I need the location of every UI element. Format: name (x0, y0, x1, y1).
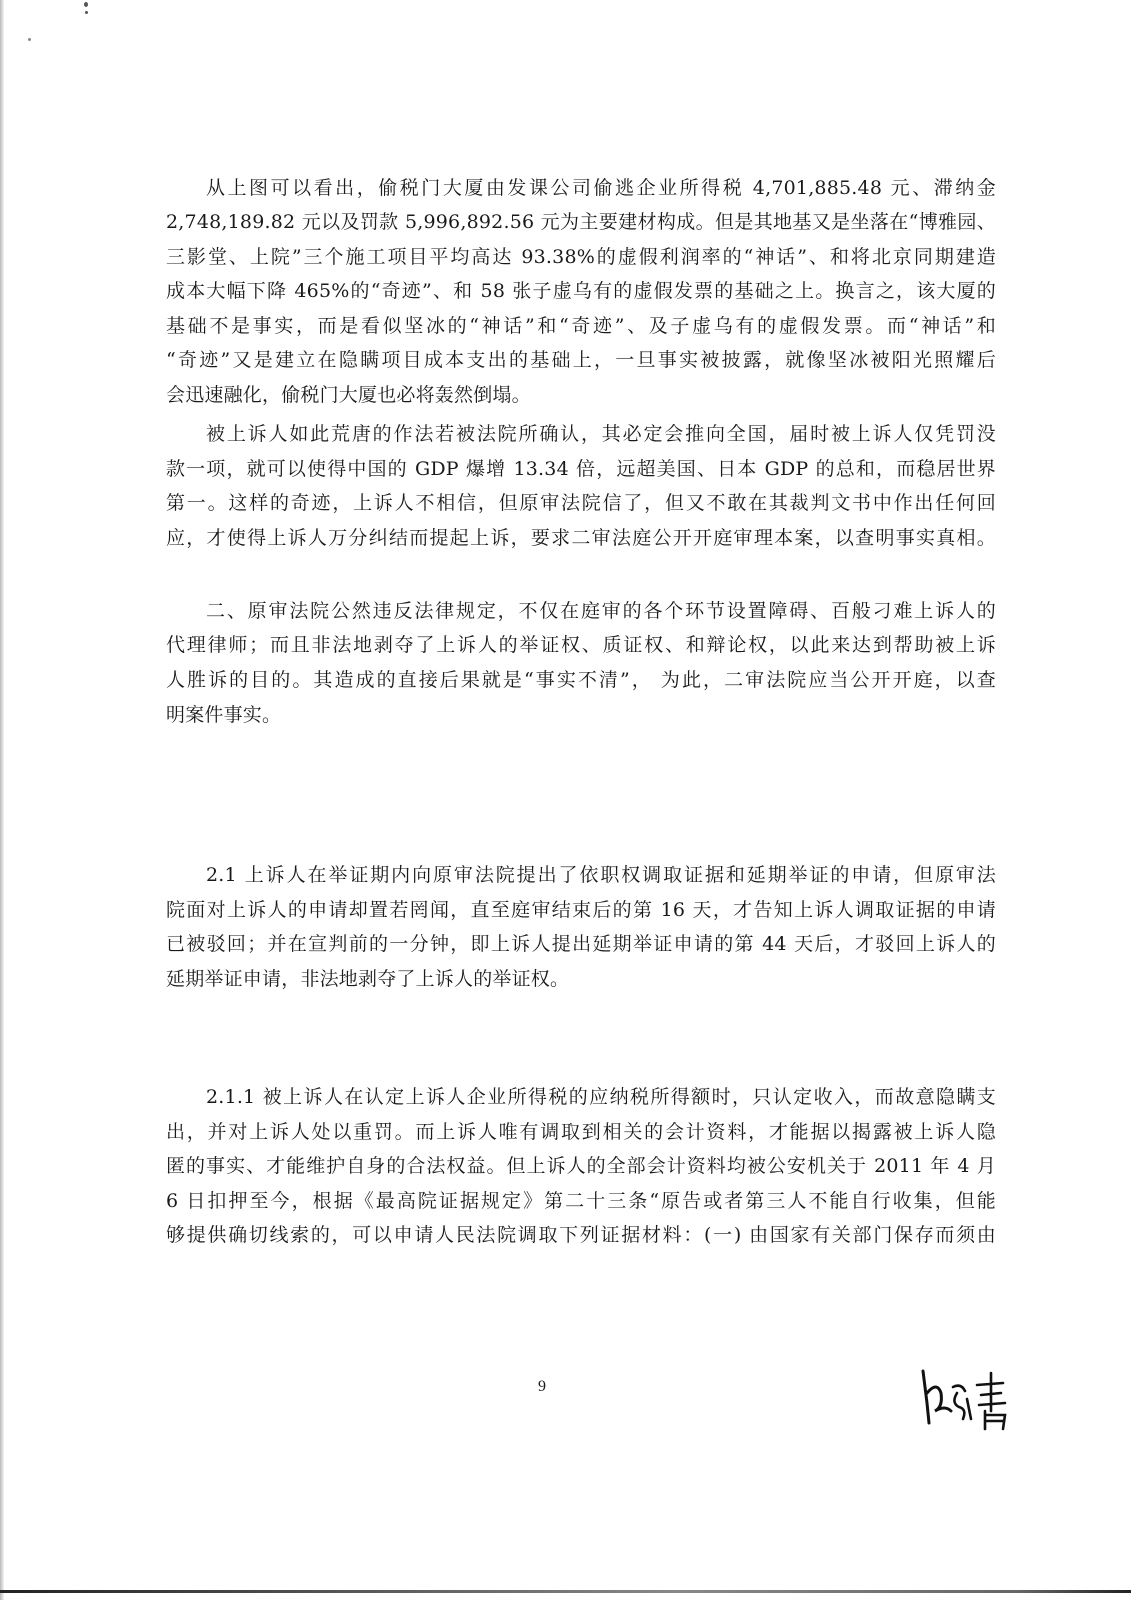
text-line: 款一项，就可以使得中国的 GDP 爆增 13.34 倍，远超美国、日本 GDP … (166, 456, 996, 482)
text-line: 院面对上诉人的申请却置若罔闻，直至庭审结束后的第 16 天，才告知上诉人调取证据… (166, 897, 996, 923)
text-line: 延期举证申请，非法地剥夺了上诉人的举证权。 (166, 966, 996, 992)
text-line: 匿的事实、才能维护自身的合法权益。但上诉人的全部会计资料均被公安机关于 2011… (166, 1153, 996, 1179)
text-line: 6 日扣押至今，根据《最高院证据规定》第二十三条“原告或者第三人不能自行收集，但… (166, 1188, 996, 1214)
text-line: 会迅速融化，偷税门大厦也必将轰然倒塌。 (166, 382, 996, 408)
text-line: 2.1.1 被上诉人在认定上诉人企业所得税的应纳税所得额时，只认定收入，而故意隐… (206, 1084, 996, 1110)
text-line: 被上诉人如此荒唐的作法若被法院所确认，其必定会推向全国，届时被上诉人仅凭罚没 (206, 421, 996, 447)
text-line: 基础不是事实，而是看似坚冰的“神话”和“奇迹”、及子虚乌有的虚假发票。而“神话”… (166, 313, 996, 339)
text-line: 三影堂、上院”三个施工项目平均高达 93.38%的虚假利润率的“神话”、和将北京… (166, 244, 996, 270)
text-line: 已被驳回；并在宣判前的一分钟，即上诉人提出延期举证申请的第 44 天后，才驳回上… (166, 931, 996, 957)
text-line: 成本大幅下降 465%的“奇迹”、和 58 张子虚乌有的虚假发票的基础之上。换言… (166, 278, 996, 304)
text-line: 应，才使得上诉人万分纠结而提起上诉，要求二审法庭公开开庭审理本案，以查明事实真相… (166, 525, 996, 551)
text-line: 从上图可以看出，偷税门大厦由发课公司偷逃企业所得税 4,701,885.48 元… (206, 175, 996, 201)
text-line: 明案件事实。 (166, 702, 996, 728)
text-line: 够提供确切线索的，可以申请人民法院调取下列证据材料：(一) 由国家有关部门保存而… (166, 1222, 996, 1248)
text-line: 2.1 上诉人在举证期内向原审法院提出了依职权调取证据和延期举证的申请，但原审法 (206, 862, 996, 888)
text-line: 代理律师；而且非法地剥夺了上诉人的举证权、质证权、和辩论权，以此来达到帮助被上诉 (166, 632, 996, 658)
text-line: “奇迹”又是建立在隐瞒项目成本支出的基础上，一旦事实被披露，就像坚冰被阳光照耀后 (166, 347, 996, 373)
text-line: 出，并对上诉人处以重罚。而上诉人唯有调取到相关的会计资料，才能据以揭露被上诉人隐 (166, 1119, 996, 1145)
text-line: 二、原审法院公然违反法律规定，不仅在庭审的各个环节设置障碍、百般刁难上诉人的 (206, 598, 996, 624)
text-line: 第一。这样的奇迹，上诉人不相信，但原审法院信了，但又不敢在其裁判文书中作出任何回 (166, 490, 996, 516)
document-page: 从上图可以看出，偷税门大厦由发课公司偷逃企业所得税 4,701,885.48 元… (0, 0, 1131, 1600)
page-number: 9 (538, 1378, 546, 1396)
text-line: 2,748,189.82 元以及罚款 5,996,892.56 元为主要建材构成… (166, 209, 996, 235)
text-line: 人胜诉的目的。其造成的直接后果就是“事实不清”， 为此，二审法院应当公开开庭，以… (166, 667, 996, 693)
signature-icon (915, 1363, 1025, 1433)
